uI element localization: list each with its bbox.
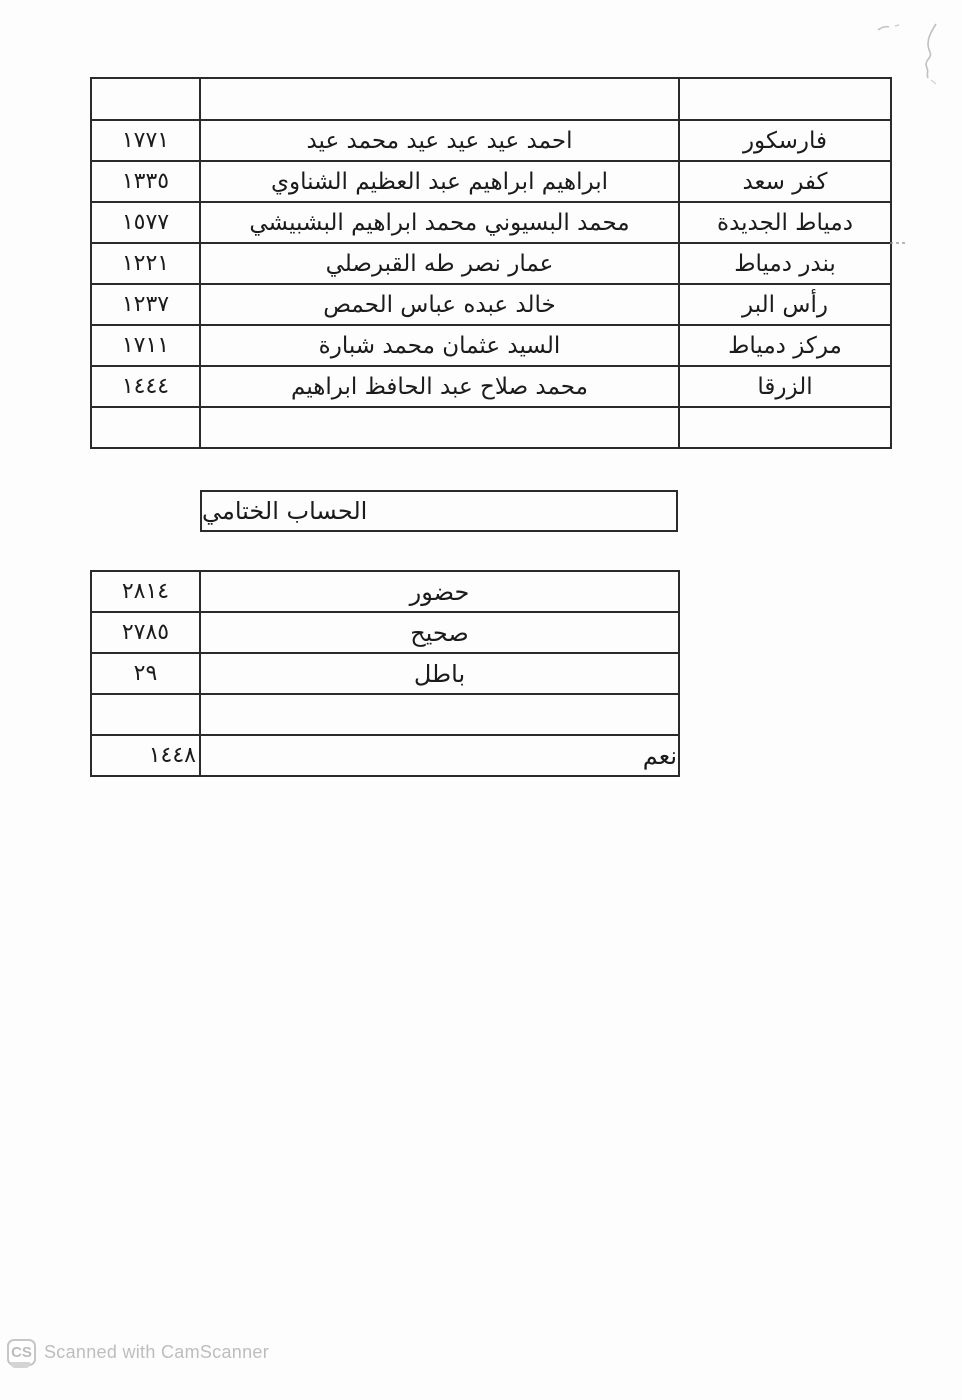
table-row: الزرقا محمد صلاح عبد الحافظ ابراهيم ١٤٤٤: [91, 366, 891, 407]
attendance-table: فارسكور احمد عيد عيد عيد محمد عيد ١٧٧١ ك…: [90, 77, 892, 449]
name-cell: محمد صلاح عبد الحافظ ابراهيم: [200, 366, 679, 407]
scanned-with-camscanner-text: Scanned with CamScanner: [44, 1342, 269, 1363]
header-number-cell: [91, 78, 200, 120]
camscanner-footer: CS Scanned with CamScanner: [7, 1339, 269, 1366]
table-row: دمياط الجديدة محمد البسيوني محمد ابراهيم…: [91, 202, 891, 243]
location-cell: فارسكور: [679, 120, 891, 161]
number-cell: ١٢٢١: [91, 243, 200, 284]
number-cell: ٢٩: [91, 653, 200, 694]
table-row: صحيح ٢٧٨٥: [91, 612, 679, 653]
table-row: رأس البر خالد عبده عباس الحمص ١٢٣٧: [91, 284, 891, 325]
location-cell: [679, 407, 891, 448]
location-cell: رأس البر: [679, 284, 891, 325]
camscanner-logo-icon: CS: [7, 1339, 36, 1366]
table-row: باطل ٢٩: [91, 653, 679, 694]
number-cell: ١٢٣٧: [91, 284, 200, 325]
number-cell: ٢٧٨٥: [91, 612, 200, 653]
empty-table-row: [91, 407, 891, 448]
header-name-cell: [200, 78, 679, 120]
label-cell: [200, 694, 679, 735]
table-header-row: [91, 78, 891, 120]
name-cell: السيد عثمان محمد شبارة: [200, 325, 679, 366]
number-cell: [91, 694, 200, 735]
scanned-document-page: فارسكور احمد عيد عيد عيد محمد عيد ١٧٧١ ك…: [0, 0, 962, 1400]
number-cell: ١٤٤٨: [91, 735, 200, 776]
camscanner-logo-text: CS: [11, 1344, 32, 1361]
label-cell: حضور: [200, 571, 679, 612]
location-cell: الزرقا: [679, 366, 891, 407]
section-title-box: الحساب الختامي: [200, 490, 678, 532]
table-row: فارسكور احمد عيد عيد عيد محمد عيد ١٧٧١: [91, 120, 891, 161]
number-cell: [91, 407, 200, 448]
section-title: الحساب الختامي: [202, 497, 367, 525]
header-location-cell: [679, 78, 891, 120]
final-account-table: حضور ٢٨١٤ صحيح ٢٧٨٥ باطل ٢٩ نعم ١٤٤٨: [90, 570, 680, 777]
empty-table-row: [91, 694, 679, 735]
location-cell: مركز دمياط: [679, 325, 891, 366]
name-cell: ابراهيم ابراهيم عبد العظيم الشناوي: [200, 161, 679, 202]
number-cell: ١٧١١: [91, 325, 200, 366]
table-row: نعم ١٤٤٨: [91, 735, 679, 776]
label-cell: باطل: [200, 653, 679, 694]
table-row: مركز دمياط السيد عثمان محمد شبارة ١٧١١: [91, 325, 891, 366]
number-cell: ٢٨١٤: [91, 571, 200, 612]
table-row: حضور ٢٨١٤: [91, 571, 679, 612]
number-cell: ١٧٧١: [91, 120, 200, 161]
table-row: بندر دمياط عمار نصر طه القبرصلي ١٢٢١: [91, 243, 891, 284]
scan-noise-line: [890, 242, 907, 244]
number-cell: ١٤٤٤: [91, 366, 200, 407]
label-cell: صحيح: [200, 612, 679, 653]
name-cell: [200, 407, 679, 448]
number-cell: ١٣٣٥: [91, 161, 200, 202]
number-cell: ١٥٧٧: [91, 202, 200, 243]
name-cell: احمد عيد عيد عيد محمد عيد: [200, 120, 679, 161]
location-cell: كفر سعد: [679, 161, 891, 202]
name-cell: عمار نصر طه القبرصلي: [200, 243, 679, 284]
table-row: كفر سعد ابراهيم ابراهيم عبد العظيم الشنا…: [91, 161, 891, 202]
label-cell: نعم: [200, 735, 679, 776]
name-cell: خالد عبده عباس الحمص: [200, 284, 679, 325]
name-cell: محمد البسيوني محمد ابراهيم البشبيشي: [200, 202, 679, 243]
location-cell: بندر دمياط: [679, 243, 891, 284]
location-cell: دمياط الجديدة: [679, 202, 891, 243]
